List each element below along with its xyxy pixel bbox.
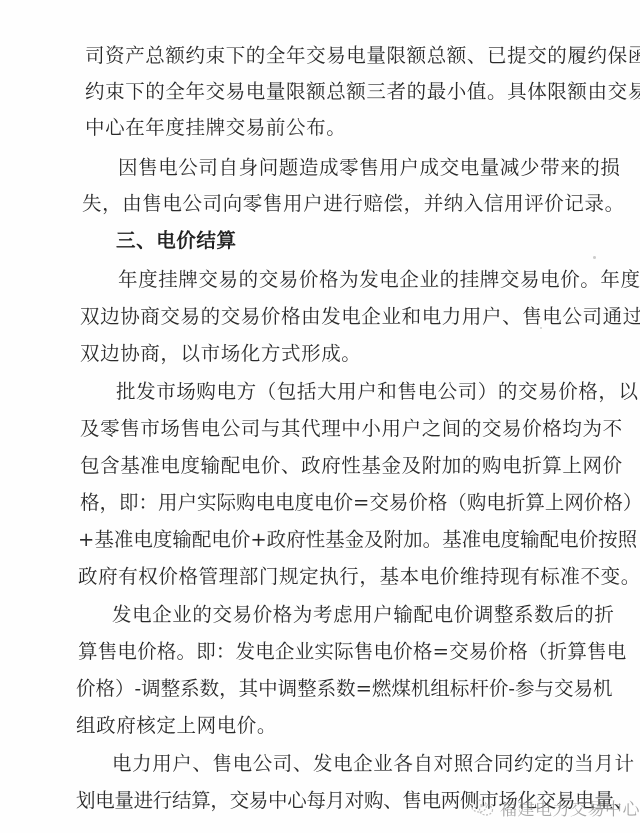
watermark-text: 福建电力交易中心 — [500, 795, 640, 820]
paragraph-line: 批发市场购电方（包括大用户和售电公司）的交易价格，以 — [116, 380, 639, 404]
paragraph-line: 约束下的全年交易电量限额总额三者的最小值。具体限额由交易 — [85, 80, 640, 104]
scan-speck — [593, 256, 596, 259]
paragraph-line: 包含基准电度输配电价、政府性基金及附加的购电折算上网价 — [80, 454, 623, 478]
paragraph-line: 政府有权价格管理部门规定执行，基本电价维持现有标准不变。 — [78, 565, 640, 589]
paragraph-line: 格，即：用户实际购电电度电价=交易价格（购电折算上网价格） — [80, 491, 640, 515]
paragraph-line: 及零售市场售电公司与其代理中小用户之间的交易价格均为不 — [80, 417, 623, 441]
watermark: 福建电力交易中心 — [470, 795, 640, 820]
scan-speck — [540, 327, 542, 329]
paragraph-line: 双边协商交易的交易价格由发电企业和电力用户、售电公司通过 — [80, 305, 640, 329]
document-page: 司资产总额约束下的全年交易电量限额总额、已提交的履约保函 约束下的全年交易电量限… — [0, 0, 640, 833]
paragraph-line: 双边协商，以市场化方式形成。 — [80, 342, 361, 366]
paragraph-line: 年度挂牌交易的交易价格为发电企业的挂牌交易电价。年度 — [118, 268, 640, 292]
paragraph-line: 电力用户、售电公司、发电企业各自对照合同约定的当月计 — [112, 752, 635, 776]
section-heading: 三、电价结算 — [116, 229, 237, 253]
paragraph-line: 组政府核定上网电价。 — [76, 714, 277, 738]
paragraph-line: 失，由售电公司向零售用户进行赔偿，并纳入信用评价记录。 — [82, 192, 625, 216]
paragraph-line: 价格）-调整系数，其中调整系数=燃煤机组标杆价-参与交易机 — [76, 677, 613, 701]
paragraph-line: 中心在年度挂牌交易前公布。 — [85, 116, 346, 140]
paragraph-line: 因售电公司自身问题造成零售用户成交电量减少带来的损 — [118, 156, 621, 180]
paragraph-line: +基准电度输配电价+政府性基金及附加。基准电度输配电价按照 — [78, 528, 637, 552]
paragraph-line: 算售电价格。即：发电企业实际售电价格=交易价格（折算售电 — [78, 640, 626, 664]
paragraph-line: 发电企业的交易价格为考虑用户输配电价调整系数后的折 — [112, 603, 615, 627]
paragraph-line: 司资产总额约束下的全年交易电量限额总额、已提交的履约保函 — [85, 44, 640, 68]
wechat-icon — [470, 799, 494, 817]
